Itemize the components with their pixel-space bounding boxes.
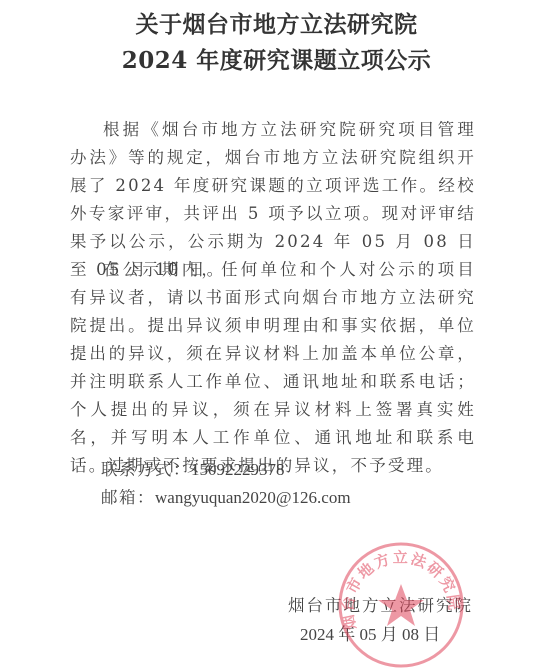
document-title-line-2: 2024 年度研究课题立项公示 bbox=[0, 42, 553, 75]
email-address: wangyuquan2020@126.com bbox=[155, 488, 351, 507]
phone-number: 15092229378 bbox=[191, 460, 285, 479]
signature-date: 2024 年 05 月 08 日 bbox=[300, 621, 440, 649]
paragraph-text: 在公示期内，任何单位和个人对公示的项目有异议者，请以书面形式向烟台市地方立法研究… bbox=[70, 256, 476, 480]
email-label: 邮箱： bbox=[101, 488, 155, 507]
signature-organization: 烟台市地方立法研究院 bbox=[288, 592, 473, 620]
phone-label: 联系方式： bbox=[101, 460, 191, 479]
contact-email: 邮箱：wangyuquan2020@126.com bbox=[101, 484, 351, 512]
contact-phone: 联系方式：15092229378 bbox=[101, 456, 285, 484]
document-title-line-1: 关于烟台市地方立法研究院 bbox=[0, 6, 553, 39]
paragraph-objection: 在公示期内，任何单位和个人对公示的项目有异议者，请以书面形式向烟台市地方立法研究… bbox=[70, 256, 476, 480]
signature-date-text: 2024 年 05 月 08 日 bbox=[300, 625, 440, 644]
